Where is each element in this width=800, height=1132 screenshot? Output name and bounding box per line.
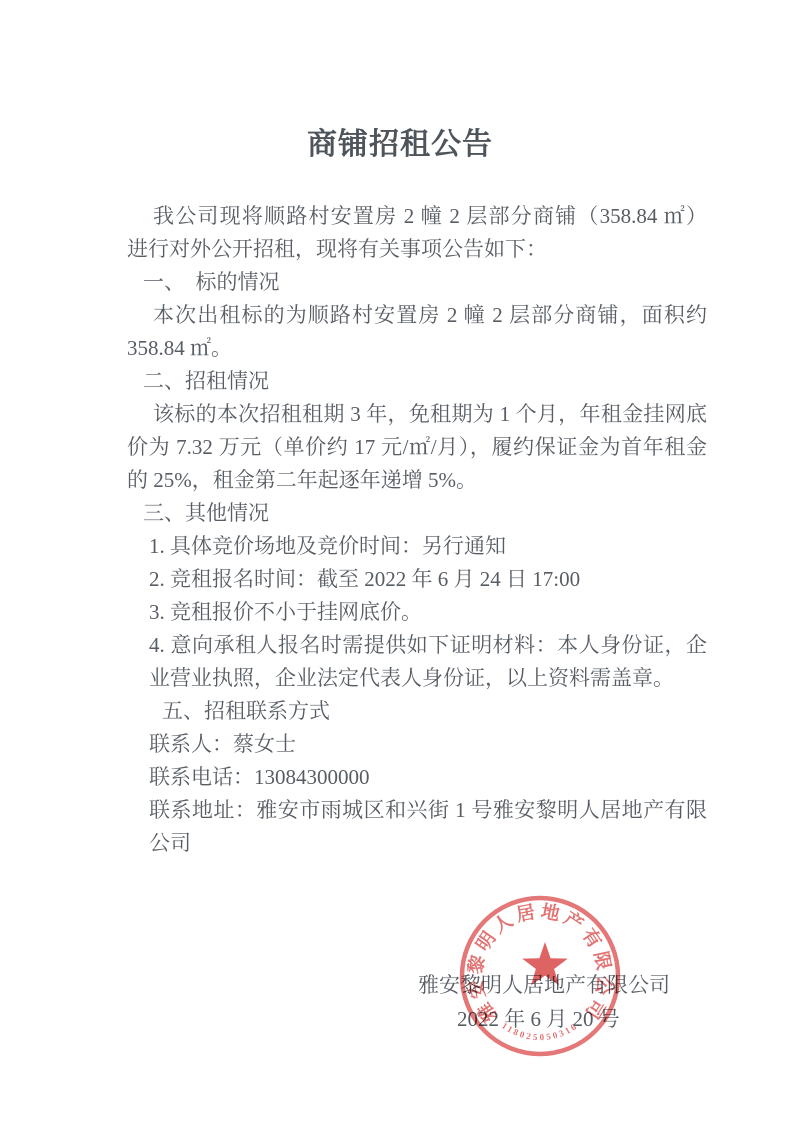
document-body: 我公司现将顺路村安置房 2 幢 2 层部分商铺（358.84 ㎡） 进行对外公开… — [127, 200, 707, 860]
seal-star-icon — [522, 942, 568, 985]
section2-heading: 二、招租情况 — [127, 365, 707, 398]
section3-item-4-line-2: 业营业执照，企业法定代表人身份证，以上资料需盖章。 — [127, 662, 707, 695]
section5-heading: 五、招租联系方式 — [127, 695, 707, 728]
intro-line-2: 进行对外公开招租，现将有关事项公告如下： — [127, 233, 707, 266]
section3-item-3: 3. 竞租报价不小于挂网底价。 — [127, 596, 707, 629]
section1-body-line-1: 本次出租标的为顺路村安置房 2 幢 2 层部分商铺，面积约 — [127, 299, 707, 332]
section2-body-line-3: 的 25%，租金第二年起逐年递增 5%。 — [127, 464, 707, 497]
contact-phone: 联系电话：13084300000 — [127, 761, 707, 794]
seal-serial-number: 118025050316 — [500, 1020, 580, 1042]
company-seal-stamp: 雅安黎明人居地产有限公司 118025050316 — [455, 891, 625, 1061]
contact-address-line-1: 联系地址：雅安市雨城区和兴街 1 号雅安黎明人居地产有限 — [127, 794, 707, 827]
section2-body-line-1: 该标的本次招租租期 3 年，免租期为 1 个月，年租金挂网底 — [127, 398, 707, 431]
document-page: 商铺招租公告 我公司现将顺路村安置房 2 幢 2 层部分商铺（358.84 ㎡）… — [0, 0, 800, 1132]
section3-item-2: 2. 竞租报名时间：截至 2022 年 6 月 24 日 17:00 — [127, 563, 707, 596]
intro-line-1: 我公司现将顺路村安置房 2 幢 2 层部分商铺（358.84 ㎡） — [127, 200, 707, 233]
section3-item-4-line-1: 4. 意向承租人报名时需提供如下证明材料：本人身份证，企 — [127, 629, 707, 662]
section1-heading: 一、 标的情况 — [127, 266, 707, 299]
page-title: 商铺招租公告 — [0, 127, 800, 163]
section3-item-1: 1. 具体竞价场地及竞价时间：另行通知 — [127, 530, 707, 563]
svg-text:118025050316: 118025050316 — [500, 1020, 580, 1042]
contact-person: 联系人：蔡女士 — [127, 728, 707, 761]
section1-body-line-2: 358.84 ㎡。 — [127, 332, 707, 365]
section3-heading: 三、其他情况 — [127, 497, 707, 530]
section2-body-line-2: 价为 7.32 万元（单价约 17 元/㎡/月），履约保证金为首年租金 — [127, 431, 707, 464]
contact-address-line-2: 公司 — [127, 827, 707, 860]
